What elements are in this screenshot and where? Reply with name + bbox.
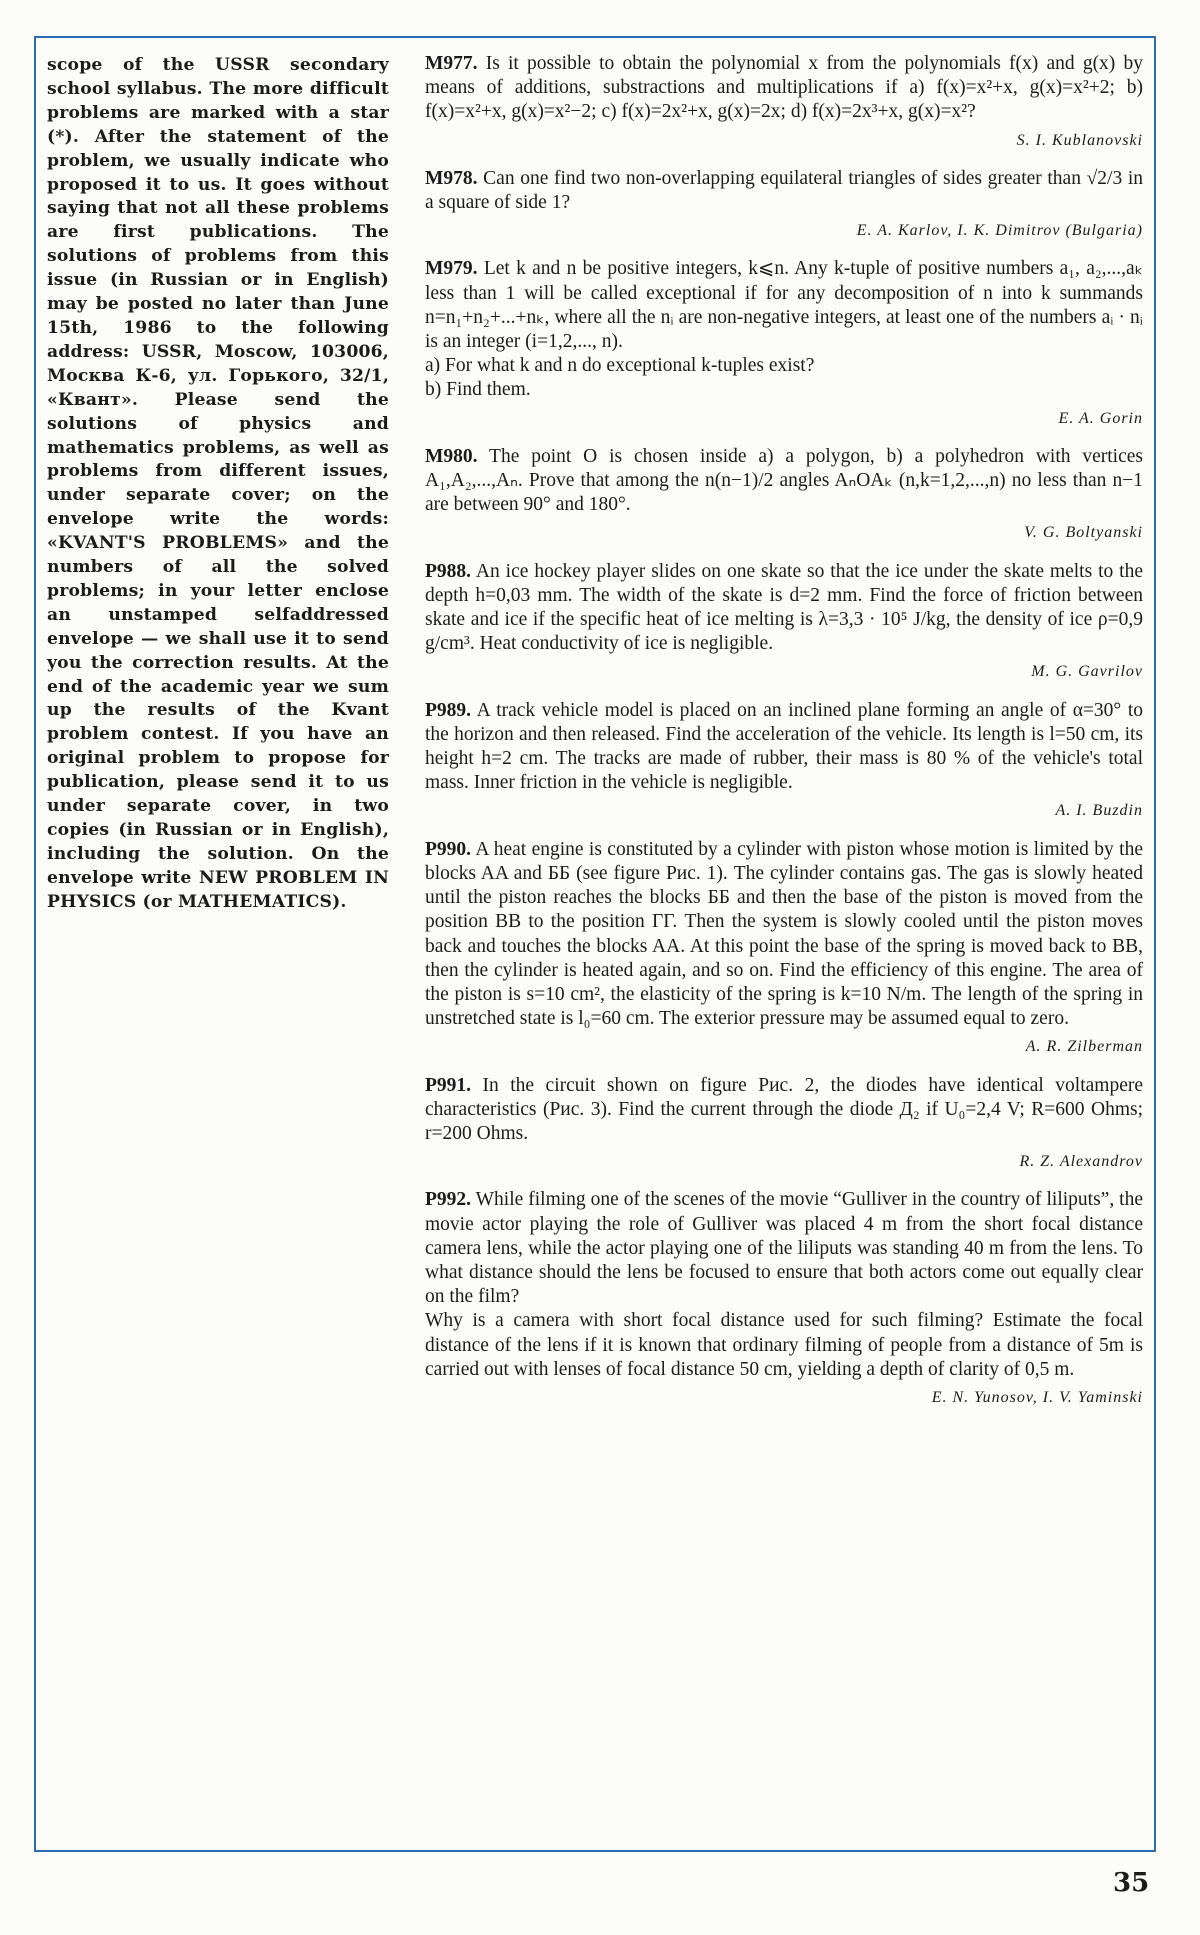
problem-p989: P989. A track vehicle model is placed on… (425, 699, 1143, 824)
problem-text-continued: Why is a camera with short focal distanc… (425, 1309, 1143, 1382)
problem-author: V. G. Boltyanski (425, 521, 1143, 545)
problem-text: A heat engine is constituted by a cylind… (425, 839, 1143, 1029)
problem-p990: P990. A heat engine is constituted by a … (425, 838, 1143, 1060)
problem-id: M978. (425, 168, 478, 189)
problem-author: M. G. Gavrilov (425, 660, 1143, 684)
problems-column: M977. Is it possible to obtain the polyn… (425, 52, 1143, 1424)
instructions-text: scope of the USSR secondary school sylla… (47, 55, 389, 912)
problem-m977: M977. Is it possible to obtain the polyn… (425, 52, 1143, 153)
problem-text: Can one find two non-overlapping equilat… (425, 168, 1143, 213)
problem-m979: M979. Let k and n be positive integers, … (425, 257, 1143, 430)
problem-id: P988. (425, 561, 471, 582)
problem-author: R. Z. Alexandrov (425, 1150, 1143, 1174)
problem-author: E. N. Yunosov, I. V. Yaminski (425, 1386, 1143, 1410)
problem-text: A track vehicle model is placed on an in… (425, 700, 1143, 794)
problem-p988: P988. An ice hockey player slides on one… (425, 560, 1143, 685)
problem-author: A. I. Buzdin (425, 799, 1143, 823)
problem-text: An ice hockey player slides on one skate… (425, 561, 1143, 655)
problem-text: The point O is chosen inside a) a polygo… (425, 446, 1143, 515)
problem-id: M977. (425, 53, 478, 74)
problem-p992: P992. While filming one of the scenes of… (425, 1188, 1143, 1410)
problem-text: In the circuit shown on figure Рис. 2, t… (425, 1075, 1143, 1144)
problem-id: P989. (425, 700, 471, 721)
problem-id: P990. (425, 839, 471, 860)
problem-id: M980. (425, 446, 478, 467)
problem-author: E. A. Karlov, I. K. Dimitrov (Bulgaria) (425, 219, 1143, 243)
problem-author: S. I. Kublanovski (425, 129, 1143, 153)
problem-text: While filming one of the scenes of the m… (425, 1189, 1143, 1307)
problem-m978: M978. Can one find two non-overlapping e… (425, 167, 1143, 244)
problem-subquestion-a: a) For what k and n do exceptional k-tup… (425, 354, 1143, 378)
problem-subquestion-b: b) Find them. (425, 378, 1143, 402)
problem-p991: P991. In the circuit shown on figure Рис… (425, 1074, 1143, 1175)
problem-text: Let k and n be positive integers, k⩽n. A… (425, 258, 1143, 352)
problem-id: P991. (425, 1075, 471, 1096)
problem-author: A. R. Zilberman (425, 1035, 1143, 1059)
problem-author: E. A. Gorin (425, 407, 1143, 431)
instructions-column: scope of the USSR secondary school sylla… (47, 54, 389, 915)
problem-id: M979. (425, 258, 478, 279)
problem-id: P992. (425, 1189, 471, 1210)
problem-text: Is it possible to obtain the polynomial … (425, 53, 1143, 122)
problem-m980: M980. The point O is chosen inside a) a … (425, 445, 1143, 546)
page-number: 35 (1113, 1868, 1149, 1898)
